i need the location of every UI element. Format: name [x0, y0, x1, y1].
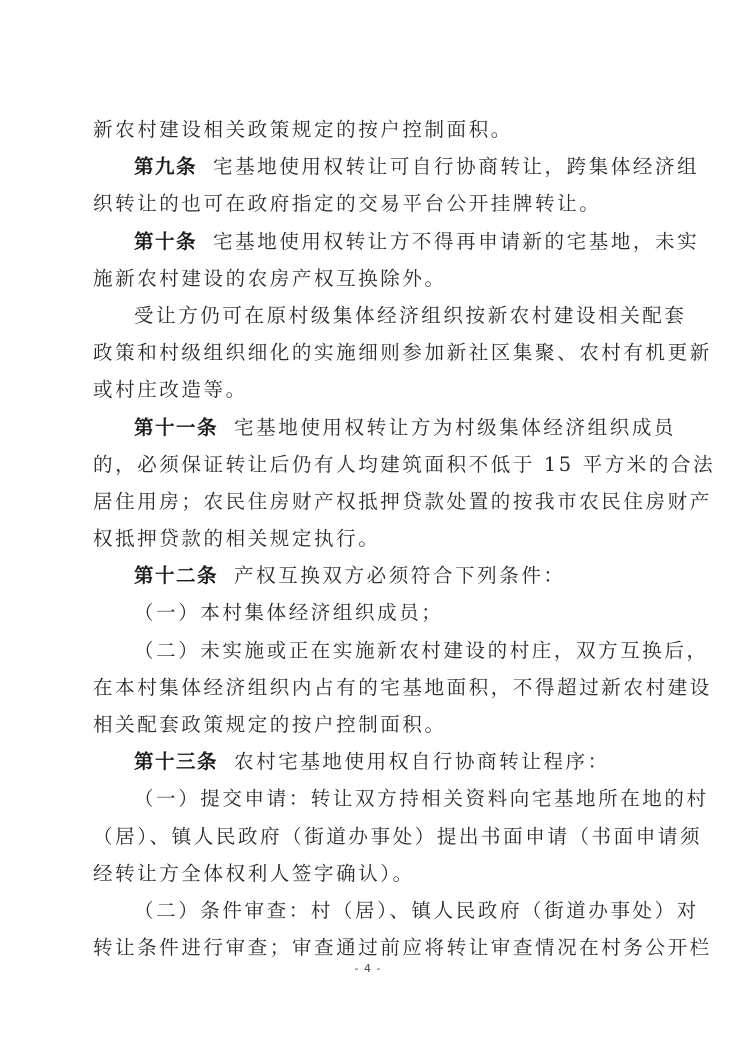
text-line-5: 施新农村建设的农房产权互换除外。	[93, 260, 661, 297]
text-line-12: 权抵押贷款的相关规定执行。	[93, 520, 661, 557]
line-text: 产权互换双方必须符合下列条件：	[234, 564, 566, 587]
line-text: 施新农村建设的农房产权互换除外。	[93, 267, 447, 290]
line-text: 宅基地使用权转让方为村级集体经济组织成员	[234, 416, 676, 439]
line-text: 政策和村级组织细化的实施细则参加新社区集聚、农村有机更新	[93, 341, 712, 364]
text-line-8: 或村庄改造等。	[93, 371, 661, 408]
article-9-line: 第九条宅基地使用权转让可自行协商转让，跨集体经济组	[93, 148, 661, 185]
line-text: （一）提交申请：转让双方持相关资料向宅基地所在地的村	[134, 787, 709, 810]
text-line-1: 新农村建设相关政策规定的按户控制面积。	[93, 111, 661, 148]
text-line-11: 居住用房；农民住房财产权抵押贷款处置的按我市农民住房财产	[93, 483, 661, 520]
text-line-10: 的，必须保证转让后仍有人均建筑面积不低于 15 平方米的合法	[93, 446, 661, 483]
article-heading: 第九条	[134, 155, 197, 178]
line-text: （二）条件审查：村（居）、镇人民政府（街道办事处）对	[134, 899, 699, 922]
document-page-body: 新农村建设相关政策规定的按户控制面积。 第九条宅基地使用权转让可自行协商转让，跨…	[93, 111, 661, 966]
line-text: 权抵押贷款的相关规定执行。	[93, 527, 380, 550]
text-line-20: （居）、镇人民政府（街道办事处）提出书面申请（书面申请须	[93, 818, 661, 855]
item-line-15: （二）未实施或正在实施新农村建设的村庄，双方互换后，	[93, 632, 661, 669]
article-heading: 第十条	[134, 230, 197, 253]
line-text: 经转让方全体权利人签字确认）。	[93, 862, 415, 885]
line-text: （二）未实施或正在实施新农村建设的村庄，双方互换后，	[134, 639, 709, 662]
line-text: 宅基地使用权转让方不得再申请新的宅基地，未实	[213, 230, 699, 253]
line-text: 转让条件进行审查；审查通过前应将转让审查情况在村务公开栏	[93, 936, 712, 959]
item-line-14: （一）本村集体经济组织成员；	[93, 594, 661, 631]
text-line-3: 织转让的也可在政府指定的交易平台公开挂牌转让。	[93, 185, 661, 222]
line-text: 受让方仍可在原村级集体经济组织按新农村建设相关配套	[134, 304, 687, 327]
line-text: 的，必须保证转让后仍有人均建筑面积不低于 15 平方米的合法	[93, 453, 715, 476]
item-line-19: （一）提交申请：转让双方持相关资料向宅基地所在地的村	[93, 780, 661, 817]
article-heading: 第十三条	[134, 750, 218, 773]
line-text: 新农村建设相关政策规定的按户控制面积。	[93, 118, 513, 141]
page-number: - 4 -	[0, 962, 736, 975]
line-text: 或村庄改造等。	[93, 378, 248, 401]
line-text: （居）、镇人民政府（街道办事处）提出书面申请（书面申请须	[93, 825, 702, 848]
article-12-line: 第十二条产权互换双方必须符合下列条件：	[93, 557, 661, 594]
line-text: 在本村集体经济组织内占有的宅基地面积，不得超过新农村建设	[93, 676, 712, 699]
line-text: 居住用房；农民住房财产权抵押贷款处置的按我市农民住房财产	[93, 490, 712, 513]
article-13-line: 第十三条农村宅基地使用权自行协商转让程序：	[93, 743, 661, 780]
text-line-16: 在本村集体经济组织内占有的宅基地面积，不得超过新农村建设	[93, 669, 661, 706]
line-text: 织转让的也可在政府指定的交易平台公开挂牌转让。	[93, 192, 601, 215]
line-text: 农村宅基地使用权自行协商转让程序：	[234, 750, 610, 773]
text-line-23: 转让条件进行审查；审查通过前应将转让审查情况在村务公开栏	[93, 929, 661, 966]
line-text: 相关配套政策规定的按户控制面积。	[93, 713, 447, 736]
article-heading: 第十一条	[134, 416, 218, 439]
article-10-line: 第十条宅基地使用权转让方不得再申请新的宅基地，未实	[93, 223, 661, 260]
paragraph-line-6: 受让方仍可在原村级集体经济组织按新农村建设相关配套	[93, 297, 661, 334]
text-line-21: 经转让方全体权利人签字确认）。	[93, 855, 661, 892]
article-11-line: 第十一条宅基地使用权转让方为村级集体经济组织成员	[93, 409, 661, 446]
text-line-17: 相关配套政策规定的按户控制面积。	[93, 706, 661, 743]
item-line-22: （二）条件审查：村（居）、镇人民政府（街道办事处）对	[93, 892, 661, 929]
article-heading: 第十二条	[134, 564, 218, 587]
line-text: （一）本村集体经济组织成员；	[134, 601, 443, 624]
text-line-7: 政策和村级组织细化的实施细则参加新社区集聚、农村有机更新	[93, 334, 661, 371]
line-text: 宅基地使用权转让可自行协商转让，跨集体经济组	[213, 155, 699, 178]
